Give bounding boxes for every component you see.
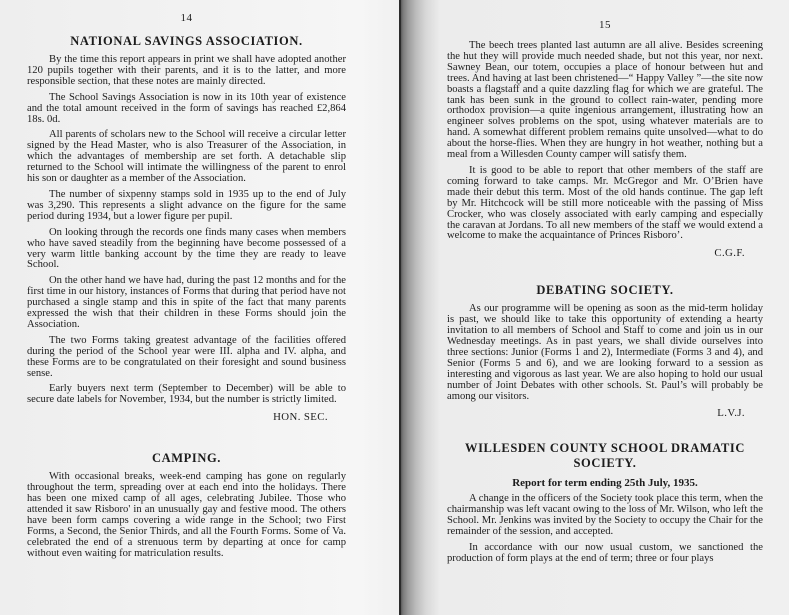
- section-subtitle: Report for term ending 25th July, 1935.: [447, 477, 763, 489]
- paragraph: With occasional breaks, week-end camping…: [27, 472, 346, 559]
- left-page-content: 14 NATIONAL SAVINGS ASSOCIATION. By the …: [27, 12, 346, 565]
- section-title: NATIONAL SAVINGS ASSOCIATION.: [27, 34, 346, 49]
- page-number: 14: [27, 12, 346, 24]
- paragraph: Early buyers next term (September to Dec…: [27, 384, 346, 406]
- section-title: WILLESDEN COUNTY SCHOOL DRAMATIC SOCIETY…: [447, 441, 763, 471]
- book-spine: [399, 0, 401, 615]
- page-number: 15: [447, 19, 763, 31]
- dramatic-society-section: WILLESDEN COUNTY SCHOOL DRAMATIC SOCIETY…: [447, 441, 763, 564]
- paragraph: The two Forms taking greatest advantage …: [27, 336, 346, 380]
- paragraph: In accordance with our now usual custom,…: [447, 543, 763, 565]
- paragraph: By the time this report appears in print…: [27, 55, 346, 88]
- paragraph: The number of sixpenny stamps sold in 19…: [27, 190, 346, 223]
- paragraph: The beech trees planted last autumn are …: [447, 41, 763, 161]
- camping-section: CAMPING. With occasional breaks, week-en…: [27, 451, 346, 559]
- paragraph: As our programme will be opening as soon…: [447, 304, 763, 402]
- signature: HON. SEC.: [27, 411, 328, 423]
- right-page: 15 The beech trees planted last autumn a…: [400, 0, 789, 615]
- paragraph: On the other hand we have had, during th…: [27, 276, 346, 331]
- camping-continued-section: The beech trees planted last autumn are …: [447, 41, 763, 259]
- signature: L.V.J.: [447, 407, 745, 419]
- paragraph: All parents of scholars new to the Schoo…: [27, 130, 346, 185]
- section-title: CAMPING.: [27, 451, 346, 466]
- book-spread: 14 NATIONAL SAVINGS ASSOCIATION. By the …: [0, 0, 789, 615]
- debating-society-section: DEBATING SOCIETY. As our programme will …: [447, 283, 763, 419]
- section-title: DEBATING SOCIETY.: [447, 283, 763, 298]
- paragraph: The School Savings Association is now in…: [27, 93, 346, 126]
- right-page-content: 15 The beech trees planted last autumn a…: [447, 19, 763, 570]
- signature: C.G.F.: [447, 247, 745, 259]
- paragraph: A change in the officers of the Society …: [447, 494, 763, 538]
- paragraph: It is good to be able to report that oth…: [447, 166, 763, 242]
- national-savings-section: NATIONAL SAVINGS ASSOCIATION. By the tim…: [27, 34, 346, 423]
- left-page: 14 NATIONAL SAVINGS ASSOCIATION. By the …: [0, 0, 400, 615]
- paragraph: On looking through the records one finds…: [27, 228, 346, 272]
